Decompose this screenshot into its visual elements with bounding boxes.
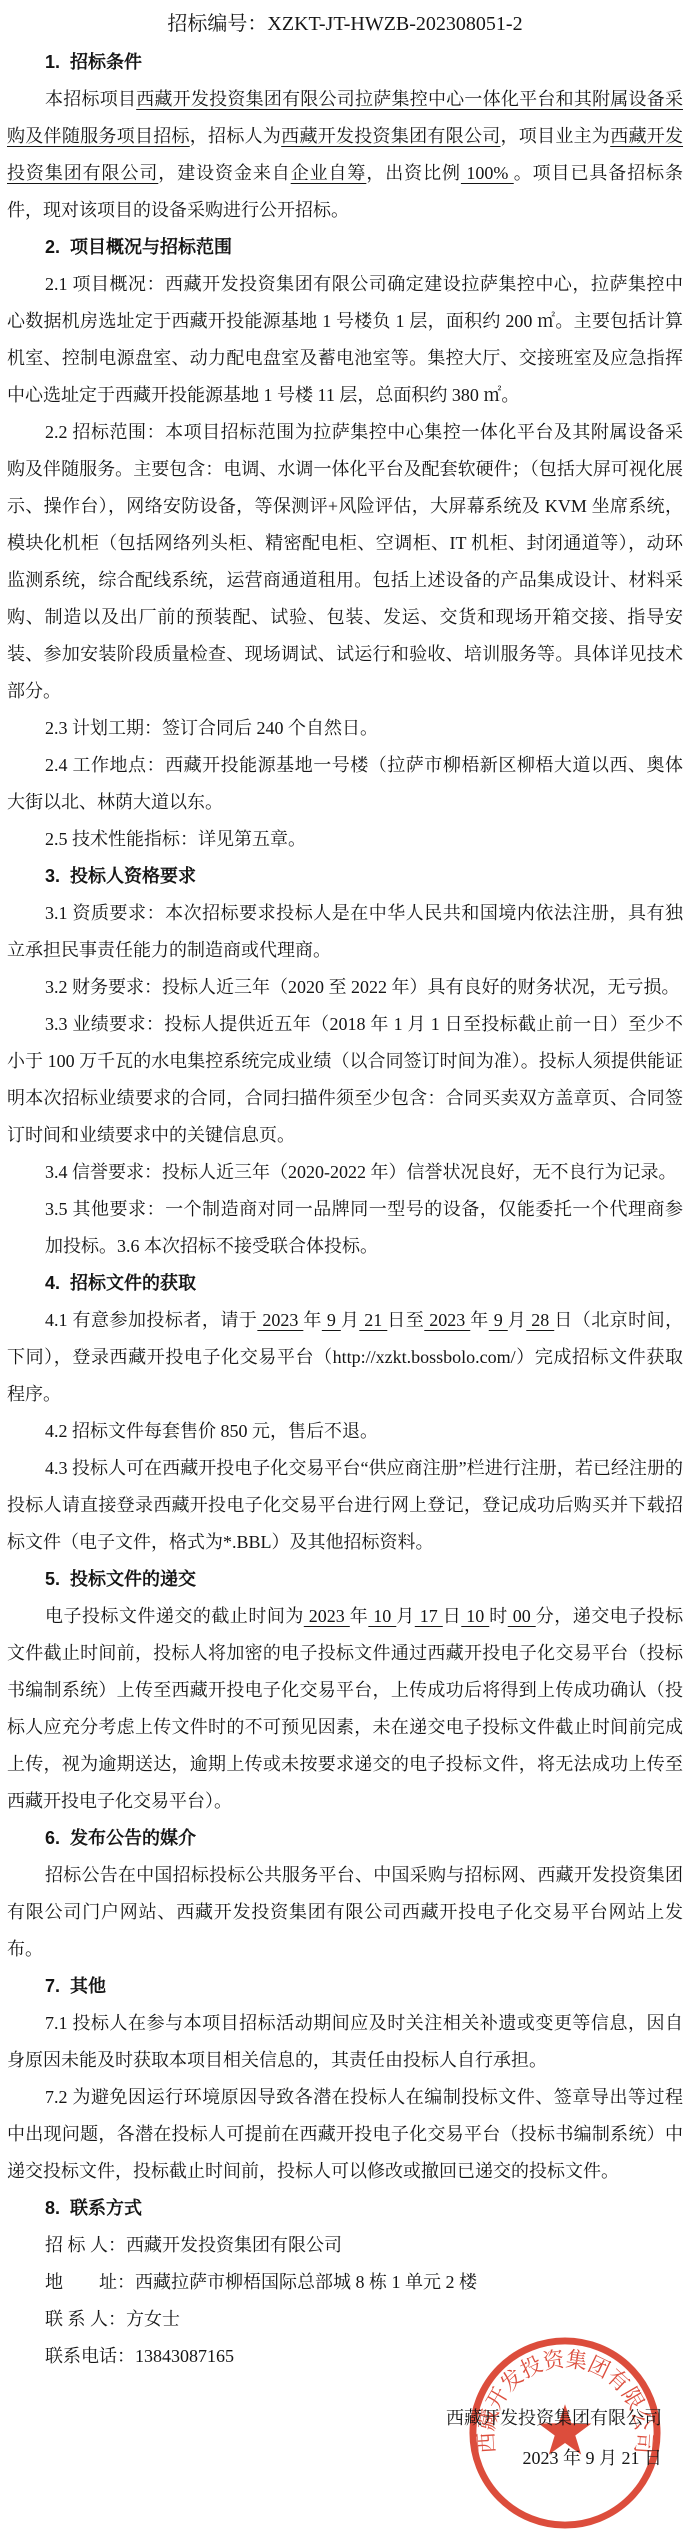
- para-work-location: 2.4 工作地点：西藏开投能源基地一号楼（拉萨市柳梧新区柳梧大道以西、奥体大街以…: [7, 747, 683, 821]
- para-other-72: 7.2 为避免因运行环境原因导致各潜在投标人在编制投标文件、签章导出等过程中出现…: [7, 2079, 683, 2190]
- para-other-requirements: 3.5 其他要求：一个制造商对同一品牌同一型号的设备，仅能委托一个代理商参加投标…: [45, 1191, 683, 1265]
- contact-label: 联 系 人：: [45, 2309, 126, 2329]
- para-announcement-media: 招标公告在中国招标投标公共服务平台、中国采购与招标网、西藏开发投资集团有限公司门…: [7, 1857, 683, 1968]
- section-3-heading: 3. 投标人资格要求: [7, 858, 683, 895]
- contact-row-address: 地 址：西藏拉萨市柳梧国际总部城 8 栋 1 单元 2 楼: [7, 2264, 683, 2301]
- para-qualification-requirements: 3.1 资质要求：本次招标要求投标人是在中华人民共和国境内依法注册，具有独立承担…: [7, 895, 683, 969]
- para-tender-conditions: 本招标项目西藏开发投资集团有限公司拉萨集控中心一体化平台和其附属设备采购及伴随服…: [7, 81, 683, 229]
- section-4-heading: 4. 招标文件的获取: [7, 1265, 683, 1302]
- signature-block: 西藏开发投资集团有限公司 2023 年 9 月 21 日: [446, 2398, 662, 2478]
- contact-label: 地 址：: [45, 2272, 135, 2292]
- contact-label: 招 标 人：: [45, 2235, 126, 2255]
- para-project-overview: 2.1 项目概况：西藏开发投资集团有限公司确定建设拉萨集控中心，拉萨集控中心数据…: [7, 266, 683, 414]
- contact-row-tenderer: 招 标 人：西藏开发投资集团有限公司: [7, 2227, 683, 2264]
- section-5-heading: 5. 投标文件的递交: [7, 1561, 683, 1598]
- section-7-heading: 7. 其他: [7, 1968, 683, 2005]
- section-2-heading: 2. 项目概况与招标范围: [7, 229, 683, 266]
- doc-title-tender-number: 招标编号：XZKT-JT-HWZB-202308051-2: [7, 7, 683, 41]
- para-document-acquisition-period: 4.1 有意参加投标者，请于 2023 年 9 月 21 日至 2023 年 9…: [7, 1302, 683, 1413]
- contact-row-contact-person: 联 系 人：方女士: [7, 2301, 683, 2338]
- para-other-71: 7.1 投标人在参与本项目招标活动期间应及时关注相关补遗或变更等信息，因自身原因…: [7, 2005, 683, 2079]
- signature-date: 2023 年 9 月 21 日: [446, 2438, 662, 2478]
- contact-value: 方女士: [126, 2309, 180, 2329]
- para-document-price: 4.2 招标文件每套售价 850 元，售后不退。: [7, 1413, 683, 1450]
- para-reputation-requirements: 3.4 信誉要求：投标人近三年（2020-2022 年）信誉状况良好，无不良行为…: [7, 1154, 683, 1191]
- section-8-heading: 8. 联系方式: [7, 2190, 683, 2227]
- section-1-heading: 1. 招标条件: [7, 44, 683, 81]
- para-bid-submission-deadline: 电子投标文件递交的截止时间为 2023 年 10 月 17 日 10 时 00 …: [7, 1598, 683, 1820]
- contact-label: 联系电话：: [45, 2346, 135, 2366]
- para-technical-indicators: 2.5 技术性能指标：详见第五章。: [7, 821, 683, 858]
- para-planned-duration: 2.3 计划工期：签订合同后 240 个自然日。: [7, 710, 683, 747]
- section-6-heading: 6. 发布公告的媒介: [7, 1820, 683, 1857]
- para-performance-requirements: 3.3 业绩要求：投标人提供近五年（2018 年 1 月 1 日至投标截止前一日…: [7, 1006, 683, 1154]
- para-tender-scope: 2.2 招标范围：本项目招标范围为拉萨集控中心集控一体化平台及其附属设备采购及伴…: [7, 414, 683, 710]
- contact-value: 西藏拉萨市柳梧国际总部城 8 栋 1 单元 2 楼: [135, 2272, 477, 2292]
- signature-company: 西藏开发投资集团有限公司: [446, 2398, 662, 2438]
- para-financial-requirements: 3.2 财务要求：投标人近三年（2020 至 2022 年）具有良好的财务状况，…: [7, 969, 683, 1006]
- contact-value: 西藏开发投资集团有限公司: [126, 2235, 342, 2255]
- para-supplier-registration: 4.3 投标人可在西藏开投电子化交易平台“供应商注册”栏进行注册，若已经注册的投…: [7, 1450, 683, 1561]
- tender-announcement-document: 招标编号：XZKT-JT-HWZB-202308051-2 1. 招标条件 本招…: [0, 0, 690, 2540]
- contact-value: 13843087165: [135, 2346, 234, 2366]
